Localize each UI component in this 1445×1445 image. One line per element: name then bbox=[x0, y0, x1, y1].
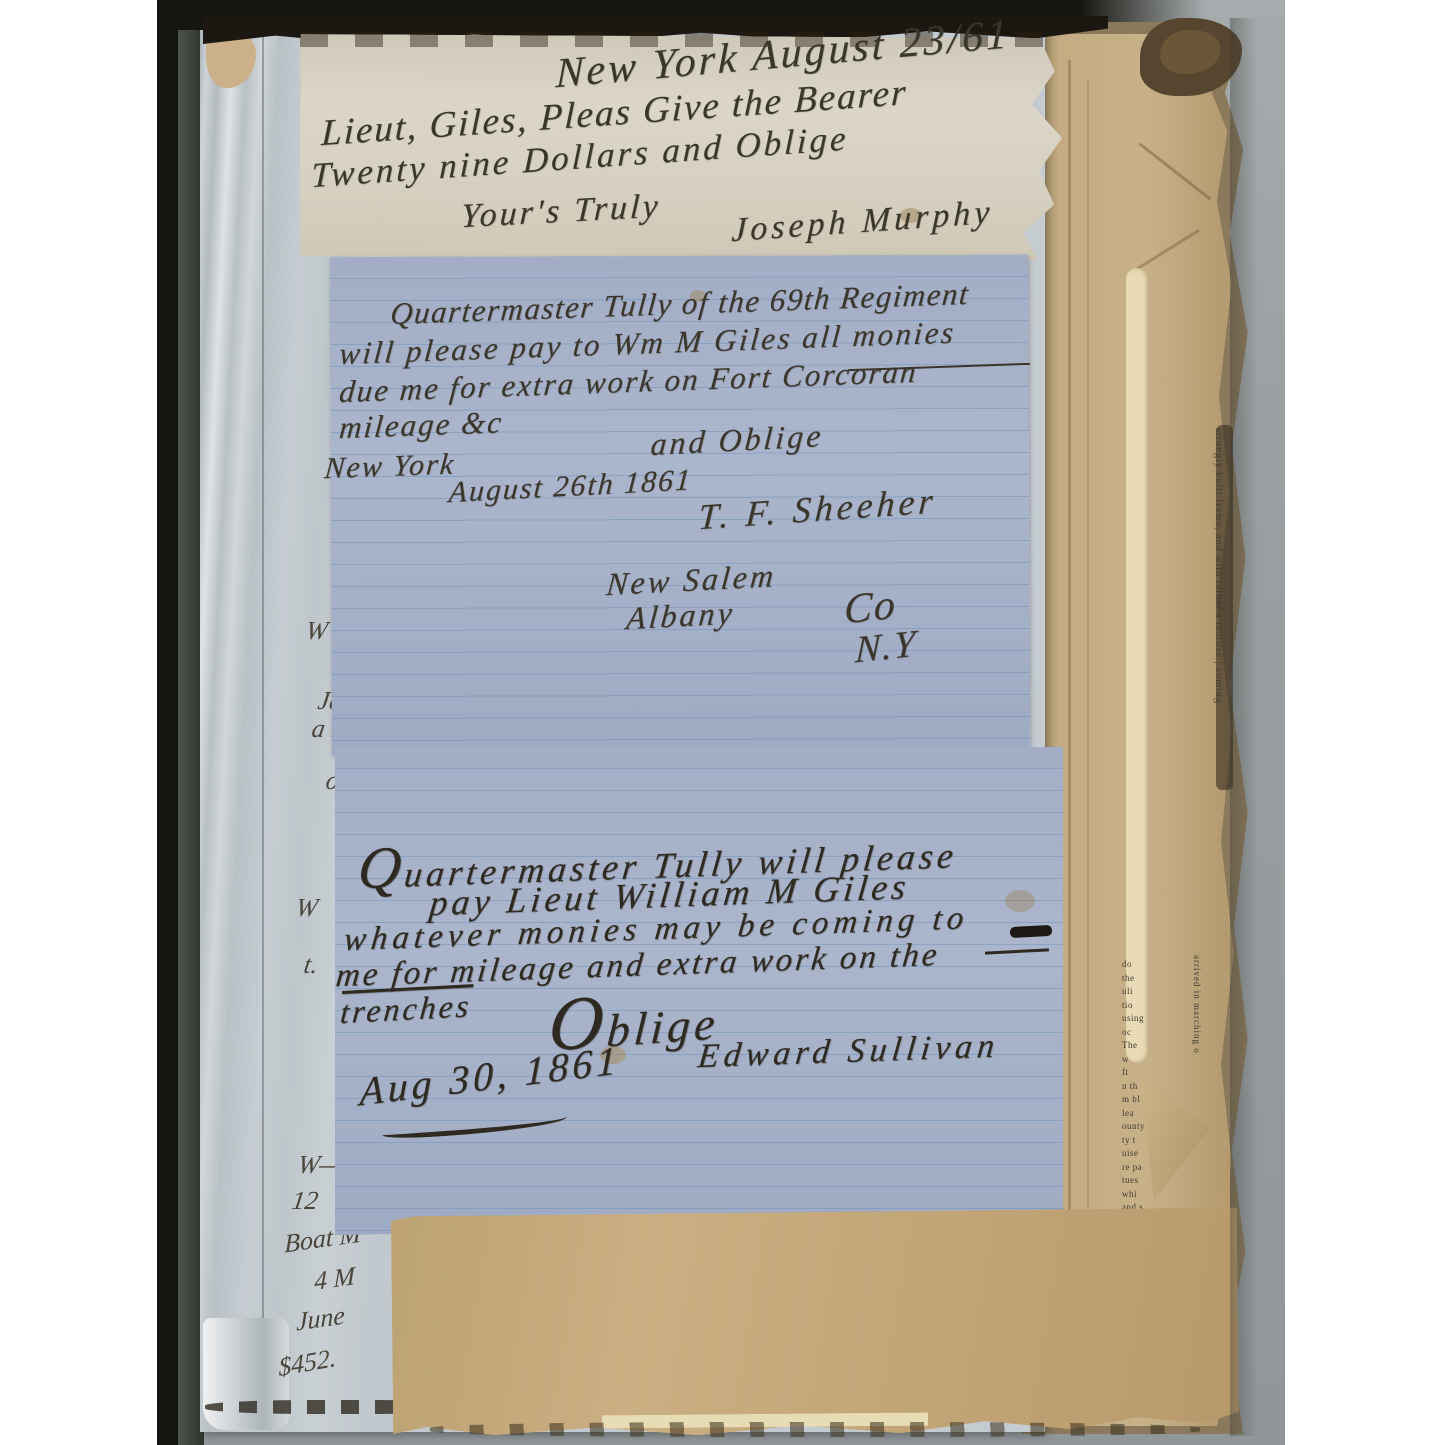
book-edge-shadow bbox=[1230, 18, 1258, 1436]
newspaper-vertical-text: arrived in marching o bbox=[1186, 955, 1202, 1193]
pass1-line: mileage &c bbox=[338, 404, 505, 446]
torn-paper-strip bbox=[1126, 268, 1150, 1063]
pass1-address: Albany bbox=[625, 594, 737, 637]
pass2-line: trenches bbox=[339, 987, 473, 1031]
pasted-kraft-paper bbox=[391, 1208, 1239, 1439]
stain bbox=[1005, 890, 1035, 912]
ragged-edge-debris bbox=[430, 1422, 1200, 1437]
margin-fragment: W bbox=[304, 616, 330, 646]
page-crease bbox=[262, 36, 264, 1428]
newspaper-vertical-text: strongly built frame, and with rather a … bbox=[1200, 428, 1224, 790]
scan-frame-left bbox=[157, 0, 178, 1445]
scanned-scrapbook-page: strongly built frame, and with rather a … bbox=[0, 0, 1445, 1445]
page-crease bbox=[1068, 60, 1071, 1400]
page-crease bbox=[1087, 80, 1089, 1390]
pass1-placeline: New York bbox=[323, 447, 457, 486]
margin-fragment: 4 M bbox=[314, 1261, 355, 1297]
pass1-address: N.Y bbox=[854, 622, 917, 673]
margin-fragment: W bbox=[294, 893, 320, 923]
ink-blot bbox=[1010, 925, 1053, 938]
margin-fragment: 12 bbox=[290, 1186, 320, 1216]
